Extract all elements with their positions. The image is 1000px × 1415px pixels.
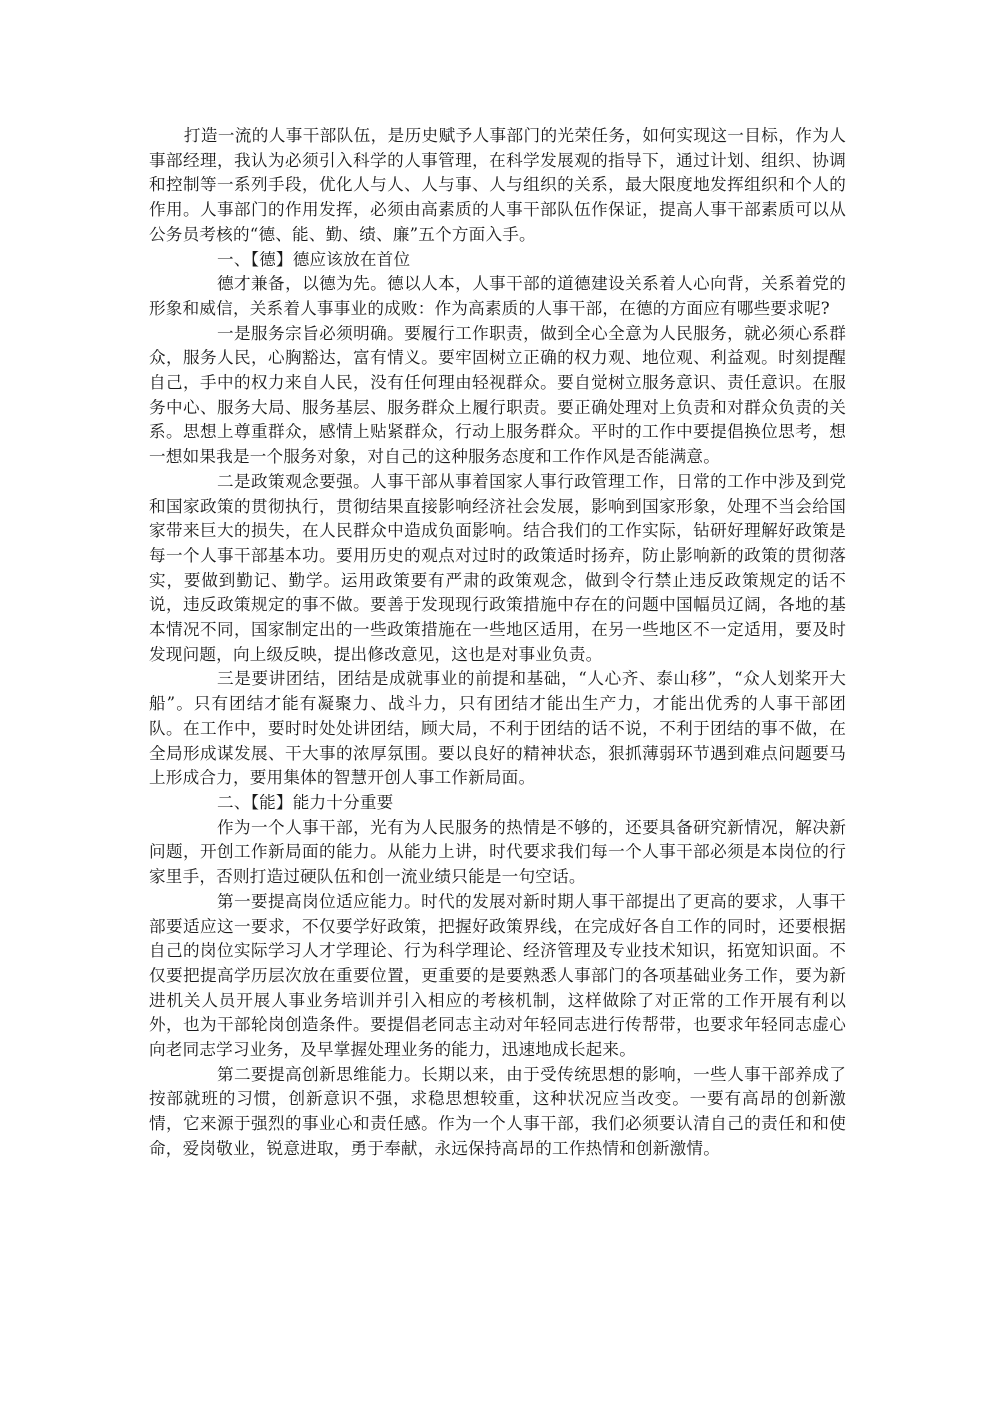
intro-paragraph: 打造一流的人事干部队伍，是历史赋予人事部门的光荣任务，如何实现这一目标，作为人事… — [149, 124, 846, 248]
paragraph-ability-intro: 作为一个人事干部，光有为人民服务的热情是不够的，还要具备研究新情况，解决新问题，… — [149, 816, 846, 890]
paragraph-innovation: 第二要提高创新思维能力。长期以来，由于受传统思想的影响，一些人事干部养成了按部就… — [149, 1063, 846, 1162]
section-heading-ability: 二、【能】能力十分重要 — [149, 791, 846, 816]
paragraph-unity: 三是要讲团结，团结是成就事业的前提和基础，“人心齐、泰山移”，“众人划桨开大船”… — [149, 667, 846, 791]
paragraph-virtue-intro: 德才兼备，以德为先。德以人本，人事干部的道德建设关系着人心向背，关系着党的形象和… — [149, 272, 846, 321]
paragraph-policy-awareness: 二是政策观念要强。人事干部从事着国家人事行政管理工作，日常的工作中涉及到党和国家… — [149, 470, 846, 668]
section-heading-virtue: 一、【德】德应该放在首位 — [149, 248, 846, 273]
paragraph-service-purpose: 一是服务宗旨必须明确。要履行工作职责，做到全心全意为人民服务，就必须心系群众，服… — [149, 322, 846, 470]
paragraph-adaptability: 第一要提高岗位适应能力。时代的发展对新时期人事干部提出了更高的要求，人事干部要适… — [149, 890, 846, 1063]
document-page: 打造一流的人事干部队伍，是历史赋予人事部门的光荣任务，如何实现这一目标，作为人事… — [149, 124, 846, 1162]
